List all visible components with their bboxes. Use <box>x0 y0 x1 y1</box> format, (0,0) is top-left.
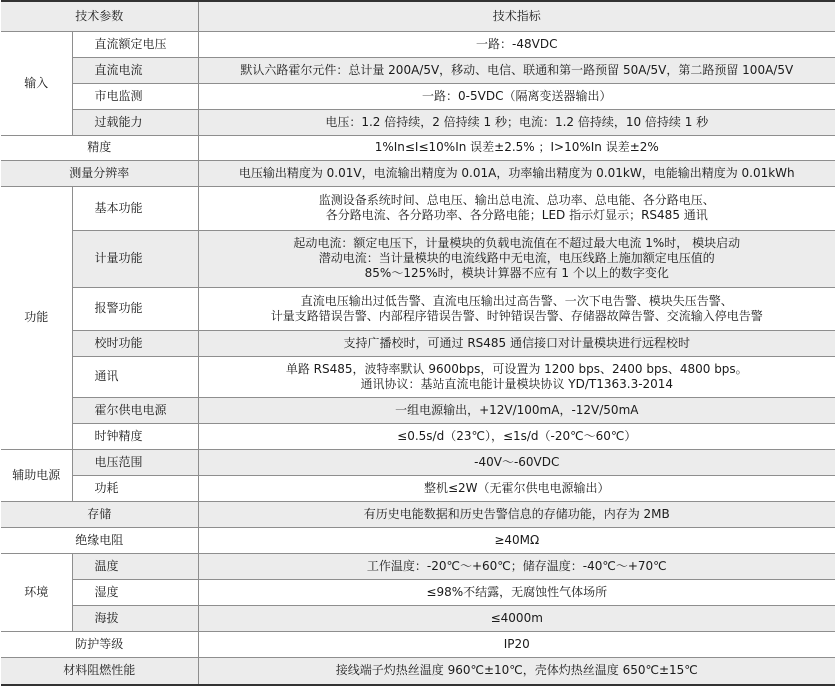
row-label: 直流电流 <box>72 57 198 83</box>
table-row: 环境 温度 工作温度：-20℃～+60℃；储存温度：-40℃～+70℃ <box>1 553 835 579</box>
value-line: 各分路电流、各分路功率、各分路电能；LED 指示灯显示；RS485 通讯 <box>205 208 830 223</box>
group-environment: 环境 <box>1 553 72 631</box>
row-value: 电压：1.2 倍持续，2 倍持续 1 秒；电流：1.2 倍持续，10 倍持续 1… <box>198 109 835 135</box>
table-row: 时钟精度 ≤0.5s/d（23℃），≤1s/d（-20℃～60℃） <box>1 423 835 449</box>
row-label: 测量分辨率 <box>1 160 198 186</box>
row-value: 有历史电能数据和历史告警信息的存储功能，内存为 2MB <box>198 501 835 527</box>
table-row: 输入 直流额定电压 一路：-48VDC <box>1 31 835 57</box>
value-line: 监测设备系统时间、总电压、输出总电流、总功率、总电能、各分路电压、 <box>205 193 830 208</box>
row-value: ≤0.5s/d（23℃），≤1s/d（-20℃～60℃） <box>198 423 835 449</box>
row-value: 一组电源输出，+12V/100mA，-12V/50mA <box>198 397 835 423</box>
row-label: 湿度 <box>72 579 198 605</box>
row-value: 接线端子灼热丝温度 960℃±10℃，壳体灼热丝温度 650℃±15℃ <box>198 657 835 685</box>
table-row: 报警功能 直流电压输出过低告警、直流电压输出过高告警、一次下电告警、模块失压告警… <box>1 287 835 330</box>
spec-table: 技术参数 技术指标 输入 直流额定电压 一路：-48VDC 直流电流 默认六路霍… <box>1 0 835 686</box>
group-function: 功能 <box>1 186 72 449</box>
row-label: 精度 <box>1 135 198 160</box>
row-label: 报警功能 <box>72 287 198 330</box>
table-row: 功能 基本功能 监测设备系统时间、总电压、输出总电流、总功率、总电能、各分路电压… <box>1 186 835 230</box>
table-row: 校时功能 支持广播校时，可通过 RS485 通信接口对计量模块进行远程校时 <box>1 330 835 356</box>
row-label: 基本功能 <box>72 186 198 230</box>
row-label: 市电监测 <box>72 83 198 109</box>
header-row: 技术参数 技术指标 <box>1 1 835 31</box>
row-label: 过载能力 <box>72 109 198 135</box>
table-row: 材料阻燃性能 接线端子灼热丝温度 960℃±10℃，壳体灼热丝温度 650℃±1… <box>1 657 835 685</box>
row-value: 工作温度：-20℃～+60℃；储存温度：-40℃～+70℃ <box>198 553 835 579</box>
row-value: 一路：0-5VDC（隔离变送器输出） <box>198 83 835 109</box>
row-label: 直流额定电压 <box>72 31 198 57</box>
value-line: 通讯协议：基站直流电能计量模块协议 YD/T1363.3-2014 <box>205 377 830 392</box>
row-value: 一路：-48VDC <box>198 31 835 57</box>
row-value: 支持广播校时，可通过 RS485 通信接口对计量模块进行远程校时 <box>198 330 835 356</box>
group-aux-power: 辅助电源 <box>1 449 72 501</box>
value-line: 潜动电流：当计量模块的电流线路中无电流，电压线路上施加额定电压值的 <box>205 251 830 266</box>
table-row: 湿度 ≤98%不结露，无腐蚀性气体场所 <box>1 579 835 605</box>
table-row: 存储 有历史电能数据和历史告警信息的存储功能，内存为 2MB <box>1 501 835 527</box>
table-row: 过载能力 电压：1.2 倍持续，2 倍持续 1 秒；电流：1.2 倍持续，10 … <box>1 109 835 135</box>
row-label: 霍尔供电电源 <box>72 397 198 423</box>
row-value: 电压输出精度为 0.01V，电流输出精度为 0.01A，功率输出精度为 0.01… <box>198 160 835 186</box>
value-line: 计量支路错误告警、内部程序错误告警、时钟错误告警、存储器故障告警、交流输入停电告… <box>205 309 830 324</box>
row-label: 通讯 <box>72 356 198 397</box>
group-input: 输入 <box>1 31 72 135</box>
row-value: 监测设备系统时间、总电压、输出总电流、总功率、总电能、各分路电压、 各分路电流、… <box>198 186 835 230</box>
row-value: 起动电流：额定电压下，计量模块的负载电流值在不超过最大电流 1%时， 模块启动 … <box>198 230 835 287</box>
row-label: 功耗 <box>72 475 198 501</box>
row-value: 整机≤2W（无霍尔供电电源输出） <box>198 475 835 501</box>
row-label: 防护等级 <box>1 631 198 657</box>
row-value: ≤4000m <box>198 605 835 631</box>
table-row: 精度 1%In≤I≤10%In 误差±2.5% ；I>10%In 误差±2% <box>1 135 835 160</box>
row-value: -40V～-60VDC <box>198 449 835 475</box>
header-param: 技术参数 <box>1 1 198 31</box>
table-row: 直流电流 默认六路霍尔元件：总计量 200A/5V，移动、电信、联通和第一路预留… <box>1 57 835 83</box>
value-line: 单路 RS485，波特率默认 9600bps，可设置为 1200 bps、240… <box>205 362 830 377</box>
table-row: 通讯 单路 RS485，波特率默认 9600bps，可设置为 1200 bps、… <box>1 356 835 397</box>
row-label: 时钟精度 <box>72 423 198 449</box>
row-value: ≤98%不结露，无腐蚀性气体场所 <box>198 579 835 605</box>
table-row: 测量分辨率 电压输出精度为 0.01V，电流输出精度为 0.01A，功率输出精度… <box>1 160 835 186</box>
row-label: 温度 <box>72 553 198 579</box>
row-label: 计量功能 <box>72 230 198 287</box>
row-value: 单路 RS485，波特率默认 9600bps，可设置为 1200 bps、240… <box>198 356 835 397</box>
row-value: 1%In≤I≤10%In 误差±2.5% ；I>10%In 误差±2% <box>198 135 835 160</box>
row-label: 海拔 <box>72 605 198 631</box>
row-value: 默认六路霍尔元件：总计量 200A/5V，移动、电信、联通和第一路预留 50A/… <box>198 57 835 83</box>
header-spec: 技术指标 <box>198 1 835 31</box>
value-line: 起动电流：额定电压下，计量模块的负载电流值在不超过最大电流 1%时， 模块启动 <box>205 236 830 251</box>
row-value: IP20 <box>198 631 835 657</box>
table-row: 防护等级 IP20 <box>1 631 835 657</box>
value-line: 直流电压输出过低告警、直流电压输出过高告警、一次下电告警、模块失压告警、 <box>205 294 830 309</box>
row-value: 直流电压输出过低告警、直流电压输出过高告警、一次下电告警、模块失压告警、 计量支… <box>198 287 835 330</box>
row-label: 存储 <box>1 501 198 527</box>
row-label: 材料阻燃性能 <box>1 657 198 685</box>
table-row: 辅助电源 电压范围 -40V～-60VDC <box>1 449 835 475</box>
table-row: 计量功能 起动电流：额定电压下，计量模块的负载电流值在不超过最大电流 1%时， … <box>1 230 835 287</box>
row-label: 校时功能 <box>72 330 198 356</box>
table-row: 功耗 整机≤2W（无霍尔供电电源输出） <box>1 475 835 501</box>
row-value: ≥40MΩ <box>198 527 835 553</box>
row-label: 绝缘电阻 <box>1 527 198 553</box>
table-row: 海拔 ≤4000m <box>1 605 835 631</box>
table-row: 市电监测 一路：0-5VDC（隔离变送器输出） <box>1 83 835 109</box>
value-line: 85%～125%时，模块计算器不应有 1 个以上的数字变化 <box>205 266 830 281</box>
row-label: 电压范围 <box>72 449 198 475</box>
table-row: 霍尔供电电源 一组电源输出，+12V/100mA，-12V/50mA <box>1 397 835 423</box>
table-row: 绝缘电阻 ≥40MΩ <box>1 527 835 553</box>
